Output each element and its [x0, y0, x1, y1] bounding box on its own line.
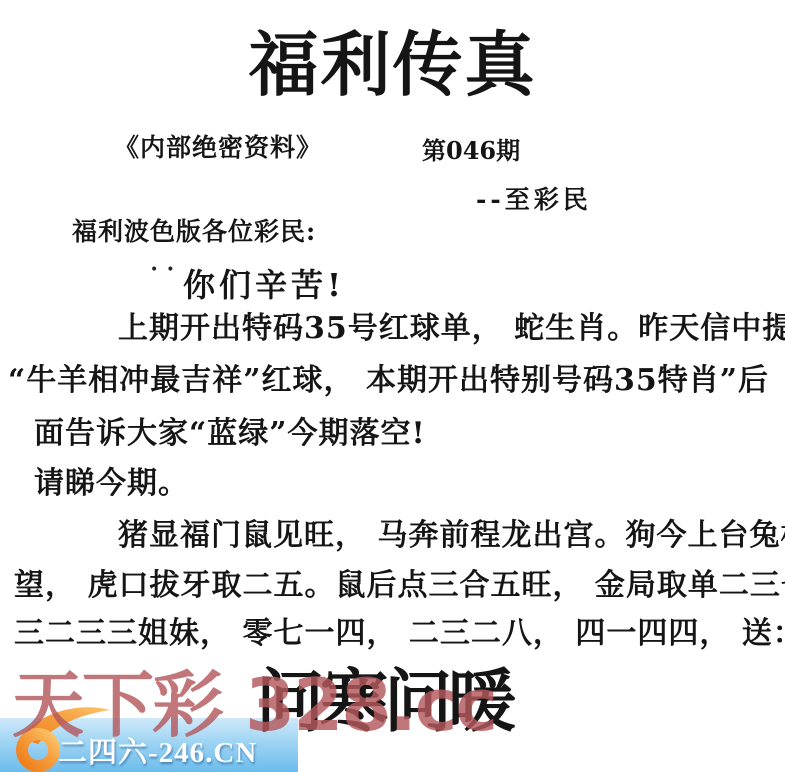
paragraph1-line3: 面告诉大家“蓝绿”今期落空! — [34, 408, 426, 452]
fax-document-page: 福利传真 《内部绝密资料》 第046期 --至彩民 福利波色版各位彩民: •• … — [0, 0, 785, 772]
issue-number: 第046期 — [422, 131, 520, 166]
paragraph2-line1: 猪显福门鼠见旺， 马奔前程龙出宫。狗今上台兔相 — [118, 510, 785, 554]
opening-line: 你们辛苦! — [183, 260, 345, 306]
classification-label: 《内部绝密资料》 — [114, 128, 322, 164]
salutation-line: 福利波色版各位彩民: — [72, 212, 316, 248]
dedication-line: --至彩民 — [476, 180, 592, 216]
paragraph2-line3: 三二三三姐妹， 零七一四， 二三二八， 四一四四， 送： 蓝绿 — [14, 608, 785, 652]
paragraph1-line4: 请睇今期。 — [34, 458, 189, 502]
paragraph1-line1: 上期开出特码35号红球单， 蛇生肖。昨天信中提供 — [118, 303, 785, 347]
paragraph1-line2: “牛羊相冲最吉祥”红球， 本期开出特别号码35特肖”后 — [8, 355, 769, 399]
page-title: 福利传真 — [0, 26, 785, 103]
watermark-text: 天下彩 328.cc — [12, 668, 496, 744]
stray-quote-dots: •• — [150, 262, 183, 278]
paragraph2-line2: 望， 虎口拔牙取二五。鼠后点三合五旺， 金局取单二三七。 — [14, 560, 785, 604]
